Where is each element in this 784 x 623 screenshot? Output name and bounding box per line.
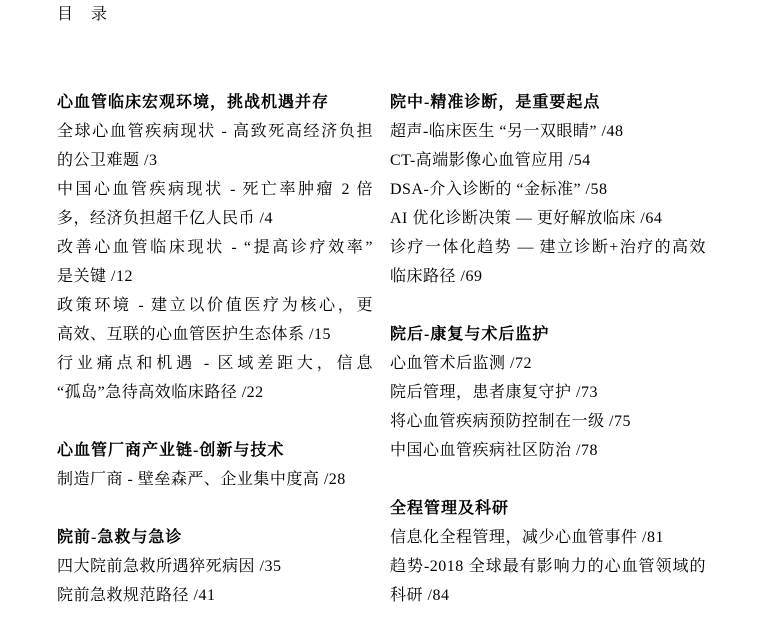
toc-section-heading: 院后-康复与术后监护: [390, 320, 723, 349]
toc-entry-line: 院后管理，患者康复守护 /73: [390, 378, 723, 407]
toc-section-heading: 心血管厂商产业链-创新与技术: [57, 436, 390, 465]
toc-entry-line: 全球心血管疾病现状 - 高致死高经济负担: [57, 117, 373, 146]
toc-columns: 心血管临床宏观环境，挑战机遇并存全球心血管疾病现状 - 高致死高经济负担的公卫难…: [57, 88, 723, 610]
toc-entry-line: 高效、互联的心血管医护生态体系 /15: [57, 320, 390, 349]
toc-entry-line: 超声-临床医生 “另一双眼睛” /48: [390, 117, 723, 146]
toc-blank-line: [390, 465, 723, 494]
document-page: 目 录 心血管临床宏观环境，挑战机遇并存全球心血管疾病现状 - 高致死高经济负担…: [0, 0, 784, 623]
toc-entry-line: 政策环境 - 建立以价值医疗为核心，更: [57, 291, 373, 320]
toc-entry-line: 院前急救规范路径 /41: [57, 581, 390, 610]
toc-entry-line: 中国心血管疾病社区防治 /78: [390, 436, 723, 465]
toc-right-column: 院中-精准诊断，是重要起点超声-临床医生 “另一双眼睛” /48CT-高端影像心…: [390, 88, 723, 610]
toc-entry-line: 将心血管疾病预防控制在一级 /75: [390, 407, 723, 436]
toc-entry-line: 心血管术后监测 /72: [390, 349, 723, 378]
toc-section-heading: 心血管临床宏观环境，挑战机遇并存: [57, 88, 390, 117]
toc-section-heading: 院前-急救与急诊: [57, 523, 390, 552]
toc-entry-line: 科研 /84: [390, 581, 723, 610]
toc-blank-line: [57, 494, 390, 523]
toc-blank-line: [57, 407, 390, 436]
toc-blank-line: [390, 291, 723, 320]
toc-entry-line: CT-高端影像心血管应用 /54: [390, 146, 723, 175]
toc-entry-line: 制造厂商 - 壁垒森严、企业集中度高 /28: [57, 465, 390, 494]
toc-entry-line: 多，经济负担超千亿人民币 /4: [57, 204, 390, 233]
toc-section-heading: 全程管理及科研: [390, 494, 723, 523]
toc-entry-line: 中国心血管疾病现状 - 死亡率肿瘤 2 倍: [57, 175, 373, 204]
toc-entry-line: AI 优化诊断决策 — 更好解放临床 /64: [390, 204, 723, 233]
toc-section-heading: 院中-精准诊断，是重要起点: [390, 88, 723, 117]
toc-entry-line: 四大院前急救所遇猝死病因 /35: [57, 552, 390, 581]
toc-entry-line: 是关键 /12: [57, 262, 390, 291]
toc-left-column: 心血管临床宏观环境，挑战机遇并存全球心血管疾病现状 - 高致死高经济负担的公卫难…: [57, 88, 390, 610]
toc-entry-line: 的公卫难题 /3: [57, 146, 390, 175]
toc-title: 目 录: [57, 5, 108, 25]
toc-entry-line: 行业痛点和机遇 - 区域差距大，信息: [57, 349, 373, 378]
toc-entry-line: 信息化全程管理，减少心血管事件 /81: [390, 523, 723, 552]
toc-entry-line: 趋势-2018 全球最有影响力的心血管领域的: [390, 552, 706, 581]
toc-entry-line: DSA-介入诊断的 “金标准” /58: [390, 175, 723, 204]
toc-entry-line: 临床路径 /69: [390, 262, 723, 291]
toc-entry-line: 诊疗一体化趋势 — 建立诊断+治疗的高效: [390, 233, 706, 262]
toc-entry-line: 改善心血管临床现状 - “提高诊疗效率”: [57, 233, 373, 262]
toc-entry-line: “孤岛”急待高效临床路径 /22: [57, 378, 390, 407]
